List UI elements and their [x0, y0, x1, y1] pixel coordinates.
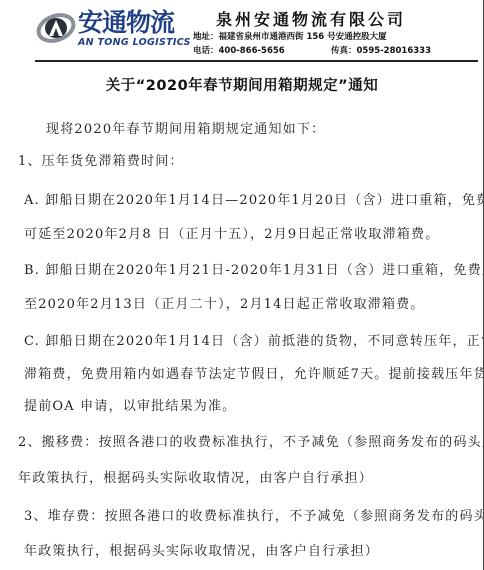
company-contact: 电话：400-866-5656 传真：0595-28016333 [193, 44, 478, 56]
an-tong-swoosh-logo-icon [36, 12, 76, 44]
company-address: 地址：福建省泉州市通港西街 156 号安通控股大厦 [193, 30, 387, 42]
company-fax: 传真：0595-28016333 [331, 44, 431, 56]
section-2-line-2: 年政策执行，根据码头实际收取情况，由客户自行承担） [18, 467, 373, 486]
company-logo: 安通物流 AN TONG LOGISTICS [34, 6, 184, 50]
section-1-item-a-line-1: A. 卸船日期在2020年1月14日—2020年1月20日（含）进口重箱，免费用… [24, 189, 484, 208]
notice-title: 关于“2020年春节期间用箱期规定”通知 [0, 74, 484, 95]
company-phone: 电话：400-866-5656 [193, 46, 285, 56]
letterhead: 安通物流 AN TONG LOGISTICS 泉州安通物流有限公司 地址：福建省… [0, 0, 484, 62]
company-name: 泉州安通物流有限公司 [216, 7, 406, 30]
section-3-line-2: 年政策执行，根据码头实际收取情况，由客户自行承担） [24, 540, 379, 559]
section-1-item-a-line-2: 可延至2020年2月8 日（正月十五），2月9日起正常收取滞箱费。 [24, 223, 439, 242]
section-1-item-b-line-1: B. 卸船日期在2020年1月21日-2020年1月31日（含）进口重箱，免费用… [24, 259, 484, 278]
section-2-line-1: 2、搬移费：按照各港口的收费标准执行，不予减免（参照商务发布的码头压 [18, 431, 484, 450]
logo-english-name: AN TONG LOGISTICS [78, 37, 191, 48]
section-1-item-c-line-1: C. 卸船日期在2020年1月14日（含）前抵港的货物，不同意转压年，正常收取 [24, 330, 484, 349]
logo-chinese-name: 安通物流 [78, 9, 174, 37]
section-1-item-c-line-2: 滞箱费，免费用箱内如遇春节法定节假日，允许顺延7天。提前接载压年货需 [24, 363, 484, 382]
section-3-line-1: 3、堆存费：按照各港口的收费标准执行，不予减免（参照商务发布的码头压 [24, 505, 484, 524]
section-1-heading: 1、压年货免滞箱费时间： [18, 150, 184, 169]
notice-intro: 现将2020年春节期间用箱期规定通知如下： [46, 118, 325, 137]
section-1-item-c-line-3: 提前OA 申请，以审批结果为准。 [24, 395, 236, 414]
header-divider [35, 60, 478, 62]
section-1-item-b-line-2: 至2020年2月13日（正月二十），2月14日起正常收取滞箱费。 [24, 293, 425, 312]
